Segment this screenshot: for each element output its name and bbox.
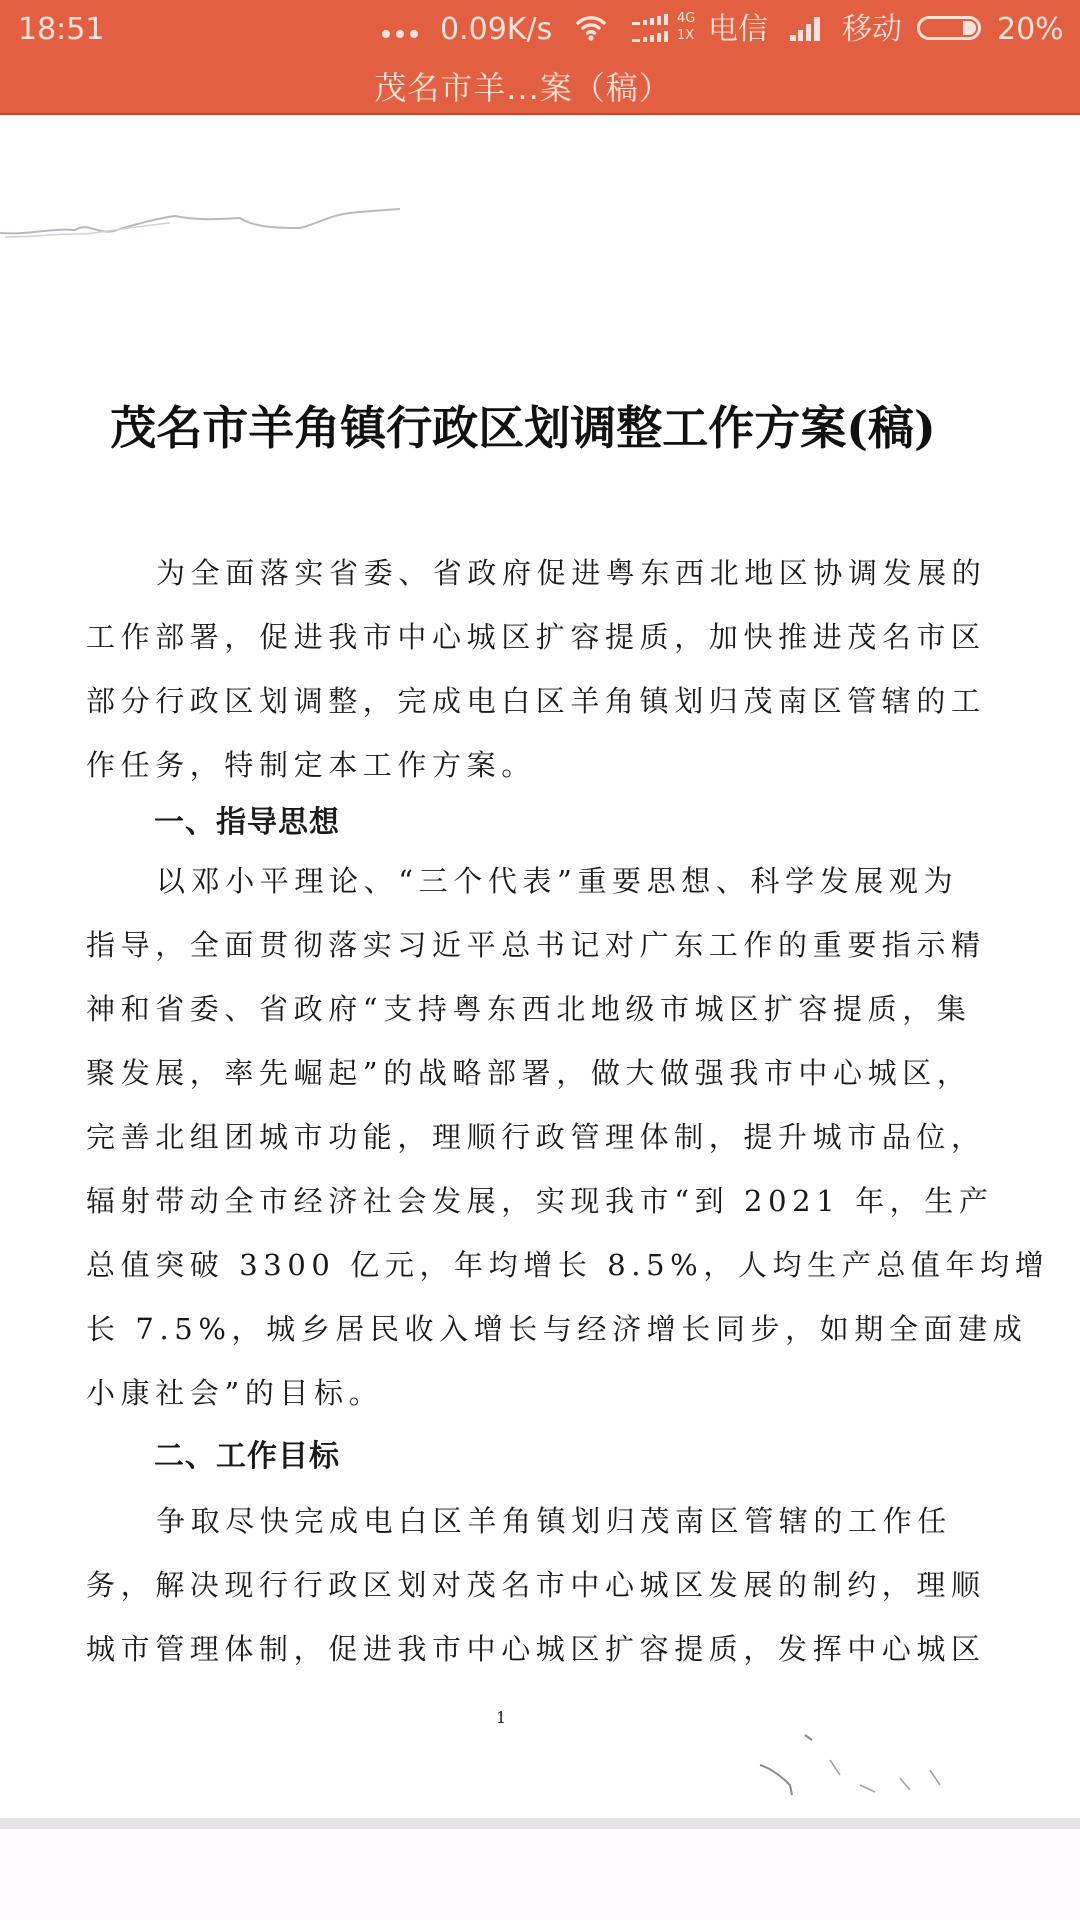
dual-signal-icon <box>632 14 672 55</box>
paragraph-line: 工作部署，促进我市中心城区扩容提质，加快推进茂名市区 <box>86 605 966 669</box>
paragraph-line: 小康社会”的目标。 <box>86 1361 966 1425</box>
paragraph-line: 长 7.5%，城乡居民收入增长与经济增长同步，如期全面建成 <box>86 1297 966 1361</box>
carrier-1: 电信 <box>708 10 768 50</box>
next-page-preview[interactable] <box>0 1829 1080 1920</box>
paragraph-line: 指导，全面贯彻落实习近平总书记对广东工作的重要指示精 <box>86 913 966 977</box>
section-heading-work-goals: 二、工作目标 <box>86 1425 966 1489</box>
paragraph-line: 城市管理体制，促进我市中心城区扩容提质，发挥中心城区 <box>86 1617 966 1681</box>
status-bar: 18:51 0.09K/s 4G 1X 电信 <box>0 0 1080 58</box>
paragraph-line: 完善北组团城市功能，理顺行政管理体制，提升城市品位， <box>86 1105 966 1169</box>
page-separator <box>0 1818 1080 1829</box>
paragraph-line: 部分行政区划调整，完成电白区羊角镇划归茂南区管辖的工 <box>86 669 966 733</box>
paragraph-line: 务，解决现行行政区划对茂名市中心城区发展的制约，理顺 <box>86 1553 966 1617</box>
status-time: 18:51 <box>18 10 104 50</box>
paragraph-line: 争取尽快完成电白区羊角镇划归茂南区管辖的工作任 <box>86 1489 966 1553</box>
network-type-1x: 1X <box>677 29 694 43</box>
battery-icon <box>917 16 981 40</box>
carrier-2: 移动 <box>842 10 902 50</box>
paragraph-line: 作任务，特制定本工作方案。 <box>86 733 966 797</box>
paragraph-line: 为全面落实省委、省政府促进粤东西北地区协调发展的 <box>86 541 966 605</box>
battery-percent: 20% <box>997 10 1064 50</box>
document-title: 茂名市羊...案（稿） <box>0 64 1046 112</box>
net-speed: 0.09K/s <box>440 10 552 50</box>
paragraph-line: 辐射带动全市经济社会发展，实现我市“到 2021 年，生产 <box>86 1169 966 1233</box>
page-number: 1 <box>496 1708 506 1727</box>
scan-mark <box>700 1730 1060 1810</box>
paragraph-line: 神和省委、省政府“支持粤东西北地级市城区扩容提质，集 <box>86 977 966 1041</box>
wifi-icon <box>576 12 606 53</box>
more-dots-icon <box>382 30 418 38</box>
document-body: 为全面落实省委、省政府促进粤东西北地区协调发展的 工作部署，促进我市中心城区扩容… <box>86 541 966 1681</box>
document-page[interactable]: 茂名市羊角镇行政区划调整工作方案(稿) 为全面落实省委、省政府促进粤东西北地区协… <box>0 115 1080 1818</box>
paragraph-line: 聚发展，率先崛起”的战略部署，做大做强我市中心城区， <box>86 1041 966 1105</box>
signal-icon <box>790 14 824 54</box>
network-type-4g: 4G <box>677 12 695 26</box>
section-heading-guiding-ideology: 一、指导思想 <box>86 797 966 849</box>
paragraph-line: 以邓小平理论、“三个代表”重要思想、科学发展观为 <box>86 849 966 913</box>
scan-mark <box>0 193 420 253</box>
app-bar: 18:51 0.09K/s 4G 1X 电信 <box>0 0 1080 115</box>
paragraph-line: 总值突破 3300 亿元，年均增长 8.5%，人均生产总值年均增 <box>86 1233 966 1297</box>
document-heading: 茂名市羊角镇行政区划调整工作方案(稿) <box>0 398 1046 458</box>
